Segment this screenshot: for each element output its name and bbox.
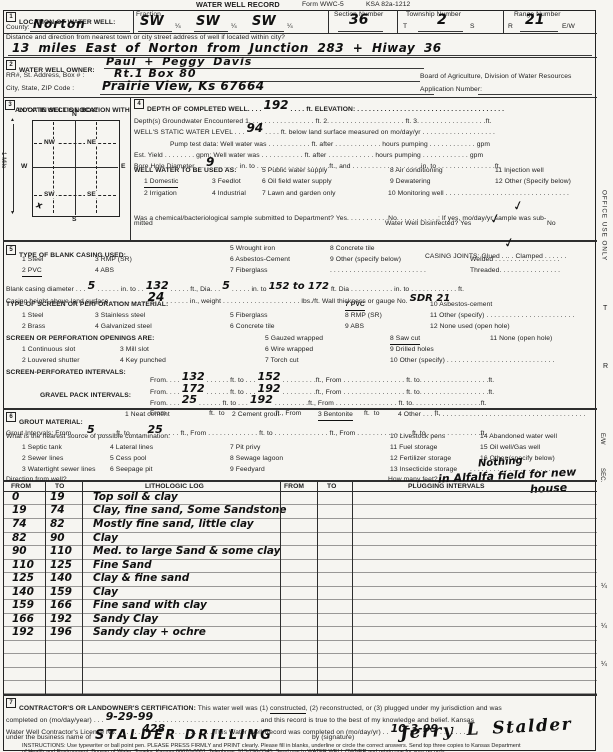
option-torch-cut: 7 Torch cut bbox=[265, 358, 299, 365]
option-drilled-holes: 9 Drilled holes bbox=[390, 347, 434, 354]
table-row: 125140Clay & fine sand bbox=[3, 572, 597, 587]
option-bentonite-selected: 3 Bentonite bbox=[318, 412, 353, 421]
quadrant-ne-label: NE bbox=[85, 139, 98, 146]
owner-name-value: Paul + Peggy Davis bbox=[106, 56, 252, 67]
section3-number: 3 bbox=[5, 100, 15, 110]
option-cess-pool: 5 Cess pool bbox=[110, 456, 146, 463]
option-steel-casing: 1 Steel bbox=[22, 257, 44, 264]
screen-perforated-intervals-label: SCREEN-PERFORATED INTERVALS: bbox=[6, 370, 126, 377]
option-galvanized-screen: 4 Galvanized steel bbox=[95, 324, 152, 331]
disinfected-no-label: No bbox=[547, 221, 556, 228]
section2-number: 2 bbox=[6, 60, 16, 70]
use-title: WELL WATER TO BE USED AS: bbox=[134, 168, 237, 175]
screen-material-title: TYPE OF SCREEN OR PERFORATION MATERIAL: bbox=[6, 302, 168, 309]
fraction-underline bbox=[138, 31, 172, 32]
township-value: 2 bbox=[437, 13, 447, 27]
mile-arrow-line bbox=[13, 124, 14, 212]
range-value: 21 bbox=[525, 13, 544, 27]
grid-midline-horizontal bbox=[32, 167, 118, 168]
compass-e-label: E bbox=[121, 164, 126, 171]
gravel-pack-intervals-label: GRAVEL PACK INTERVALS: bbox=[40, 393, 131, 400]
table-row: 110125Fine Sand bbox=[3, 559, 597, 573]
option-concrete-tile: 8 Concrete tile bbox=[330, 246, 375, 253]
depth-value: 192 bbox=[263, 98, 288, 112]
strip-sec-label: SEC. bbox=[599, 468, 605, 482]
section3-title2: AN "X" IN SECTION BOX: bbox=[15, 108, 98, 115]
gravel-interval-row2: From ft. to ft., From ft. to ft. bbox=[150, 403, 440, 419]
quarter-symbol: ¼ bbox=[287, 24, 293, 31]
office-use-only-label: OFFICE USE ONLY bbox=[600, 190, 606, 261]
one-mile-label: 1 Mile bbox=[0, 152, 6, 169]
strip-r-label: R bbox=[603, 363, 608, 370]
application-number-underline bbox=[478, 94, 592, 95]
option-fiberglass-casing: 7 Fiberglass bbox=[230, 268, 268, 275]
section5-number: 5 bbox=[6, 245, 16, 255]
option-saw-cut-selected: 8 Saw cut bbox=[390, 336, 420, 345]
option-pvc-screen-selected: 7 PVC bbox=[345, 302, 365, 311]
option-industrial: 4 Industrial bbox=[212, 191, 246, 198]
owner-city-value: Prairie View, Ks 67664 bbox=[102, 80, 265, 92]
table-vline bbox=[280, 480, 281, 694]
range-r-label: R bbox=[508, 24, 513, 31]
option-other-grout: 4 Other . . . . . . . . . . . . . . . . … bbox=[398, 412, 585, 419]
fraction-underline bbox=[194, 31, 228, 32]
casing-other-dots: . . . . . . . . . . . . . . . . . . . . … bbox=[330, 268, 426, 275]
option-public-water: 5 Public water supply bbox=[262, 168, 327, 175]
option-lawn-garden: 7 Lawn and garden only bbox=[262, 191, 336, 198]
option-fertilizer-storage: 12 Fertilizer storage bbox=[390, 456, 451, 463]
table-row: 192196Sandy clay + ochre bbox=[3, 626, 597, 641]
quadrant-nw-label: NW bbox=[42, 139, 57, 146]
option-key-punched: 4 Key punched bbox=[120, 358, 166, 365]
option-other-casing: 9 Other (specify below) bbox=[330, 257, 401, 264]
owner-address-value: Rt.1 Box 80 bbox=[114, 68, 197, 79]
divider bbox=[3, 694, 597, 696]
county-label: County: bbox=[6, 25, 30, 32]
section-grid-box bbox=[32, 120, 120, 217]
table-header-to2: TO bbox=[327, 484, 336, 491]
application-number-label: Application Number: bbox=[420, 87, 482, 94]
section-underline bbox=[338, 31, 383, 32]
owner-city-underline bbox=[100, 94, 434, 95]
table-vline bbox=[45, 480, 46, 694]
owner-address-label: RR#, St. Address, Box # : bbox=[6, 73, 84, 80]
table-header-from2: FROM bbox=[284, 484, 304, 491]
option-watertight-sewer: 3 Watertight sewer lines bbox=[22, 467, 96, 474]
divider bbox=[133, 10, 134, 33]
sample-submitted-line2: mitted bbox=[134, 221, 153, 228]
table-row: 7482Mostly fine sand, little clay bbox=[3, 518, 597, 533]
township-label: Township Number bbox=[406, 12, 461, 19]
table-header-from1: FROM bbox=[11, 484, 31, 491]
option-mill-slot: 3 Mill slot bbox=[120, 347, 149, 354]
table-row: 019Top soil & clay bbox=[3, 491, 597, 505]
form-statute: KSA 82a-1212 bbox=[366, 2, 410, 9]
option-sewer-lines: 2 Sewer lines bbox=[22, 456, 63, 463]
business-name-value: STALDER DRILLING bbox=[95, 729, 273, 742]
option-brass-screen: 2 Brass bbox=[22, 324, 45, 331]
welded-label: Welded . . . . . . . . . . . . . . . . . bbox=[470, 257, 560, 264]
option-asbestos-screen: 10 Asbestos-cement bbox=[430, 302, 492, 309]
option-other-use: 12 Other (Specify below) bbox=[495, 179, 571, 186]
section-number-value: 36 bbox=[349, 13, 368, 27]
township-t-label: T bbox=[403, 24, 407, 31]
disinfected-label: Water Well Disinfected? Yes bbox=[385, 221, 471, 228]
option-none-open-hole: 11 None (open hole) bbox=[490, 336, 552, 343]
table-row: 90110Med. to large Sand & some clay bbox=[3, 545, 597, 560]
option-sewage-lagoon: 8 Sewage lagoon bbox=[230, 456, 283, 463]
strip-quarter-label: ¼ bbox=[601, 583, 607, 590]
form-number: Form WWC-5 bbox=[302, 2, 344, 9]
divider bbox=[3, 97, 597, 98]
option-fuel-storage: 11 Fuel storage bbox=[390, 445, 437, 452]
option-asbestos-cement: 6 Asbestos-Cement bbox=[230, 257, 290, 264]
table-row-empty bbox=[3, 653, 597, 668]
table-vline bbox=[82, 480, 83, 694]
distance-value: 13 miles East of Norton from Junction 28… bbox=[12, 42, 442, 54]
table-row: 140159Clay bbox=[3, 586, 597, 600]
table-row-empty bbox=[3, 640, 597, 654]
table-header-lithologic-log: LITHOLOGIC LOG bbox=[145, 484, 204, 491]
mile-arrow-down-icon: ▼ bbox=[10, 210, 15, 216]
option-oil-field-water: 6 Oil field water supply bbox=[262, 179, 332, 186]
contamination-question: What is the nearest source of possible c… bbox=[6, 434, 170, 441]
option-gauzed-wrapped: 5 Gauzed wrapped bbox=[265, 336, 323, 343]
table-vline bbox=[317, 480, 318, 694]
quadrant-se-label: SE bbox=[85, 191, 98, 198]
table-row-empty bbox=[3, 667, 597, 681]
water-well-record-form: WATER WELL RECORD Form WWC-5 KSA 82a-121… bbox=[0, 0, 613, 752]
fraction-underline bbox=[250, 31, 284, 32]
fraction-3-value: SW bbox=[252, 15, 276, 28]
option-other-screen: 11 Other (specify) . . . . . . . . . . .… bbox=[430, 313, 575, 320]
strip-quarter-label: ¼ bbox=[601, 623, 607, 630]
option-seepage-pit: 6 Seepage pit bbox=[110, 467, 153, 474]
option-domestic-selected: 1 Domestic bbox=[144, 179, 178, 188]
static-water-level-value: 94 bbox=[247, 121, 264, 135]
grid-dashed-line bbox=[53, 122, 54, 213]
divider bbox=[130, 97, 131, 240]
township-underline bbox=[418, 31, 463, 32]
table-row: 166192Sandy Clay bbox=[3, 613, 597, 627]
business-name-label: under the business name of bbox=[6, 735, 91, 742]
fraction-1-value: SW bbox=[140, 15, 164, 28]
option-feedlot: 3 Feedlot bbox=[212, 179, 241, 186]
compass-w-label: W bbox=[21, 164, 27, 171]
threaded-label: Threaded. . . . . . . . . . . . . . . . bbox=[470, 268, 560, 275]
county-value: Norton bbox=[33, 18, 86, 30]
range-underline bbox=[520, 31, 558, 32]
strip-ew-label: E/W bbox=[599, 433, 605, 445]
option-rmp-casing: 3 RMP (SR) bbox=[95, 257, 132, 264]
township-s-label: S bbox=[470, 24, 475, 31]
option-concrete-screen: 6 Concrete tile bbox=[230, 324, 275, 331]
section7-number: 7 bbox=[6, 698, 16, 708]
board-of-agriculture-label: Board of Agriculture, Division of Water … bbox=[420, 74, 571, 81]
option-oil-gas-well: 15 Oil well/Gas well bbox=[480, 445, 540, 452]
divider bbox=[3, 57, 597, 58]
range-ew-label: E/W bbox=[562, 24, 575, 31]
option-steel-screen: 1 Steel bbox=[22, 313, 44, 320]
table-row-empty bbox=[3, 680, 597, 694]
divider bbox=[503, 10, 504, 33]
quadrant-sw-label: SW bbox=[42, 191, 56, 198]
distance-underline bbox=[8, 55, 592, 56]
table-vline bbox=[352, 480, 353, 694]
owner-city-label: City, State, ZIP Code : bbox=[6, 86, 74, 93]
option-irrigation: 2 Irrigation bbox=[144, 191, 177, 198]
option-pvc-casing-selected: 2 PVC bbox=[22, 268, 42, 277]
option-other-opening: 10 Other (specify) . . . . . . . . . . .… bbox=[390, 358, 555, 365]
option-wrought-iron: 5 Wrought iron bbox=[230, 246, 275, 253]
signature-label: by (signature) bbox=[312, 735, 354, 742]
table-row: 8290Clay bbox=[3, 532, 597, 546]
quarter-symbol: ¼ bbox=[175, 24, 181, 31]
option-abandoned-well: 14 Abandoned water well bbox=[480, 434, 557, 441]
strip-t-label: T bbox=[603, 305, 607, 312]
section6-number: 6 bbox=[6, 412, 16, 422]
option-abs-screen: 9 ABS bbox=[345, 324, 364, 331]
option-feedyard: 9 Feedyard bbox=[230, 467, 265, 474]
option-injection-well: 11 Injection well bbox=[495, 168, 544, 175]
option-louvered-shutter: 2 Louvered shutter bbox=[22, 358, 80, 365]
option-neat-cement: 1 Neat cement bbox=[125, 412, 170, 419]
mile-arrow-up-icon: ▲ bbox=[10, 117, 15, 123]
strip-quarter-label: ¼ bbox=[601, 661, 607, 668]
table-row: 1974Clay, fine sand, Some Sandstone bbox=[3, 504, 597, 519]
section4-number: 4 bbox=[134, 99, 144, 109]
option-abs-casing: 4 ABS bbox=[95, 268, 114, 275]
option-stainless-screen: 3 Stainless steel bbox=[95, 313, 145, 320]
option-wire-wrapped: 6 Wire wrapped bbox=[265, 347, 313, 354]
sample-submitted-line: Was a chemical/bacteriological sample su… bbox=[134, 208, 546, 224]
option-rmp-screen: 8 RMP (SR) bbox=[345, 313, 382, 320]
section1-number: 1 bbox=[6, 12, 16, 22]
option-livestock-pens: 10 Livestock pens bbox=[390, 434, 445, 441]
fraction-2-value: SW bbox=[196, 15, 220, 28]
option-dewatering: 9 Dewatering bbox=[390, 179, 431, 186]
option-air-conditioning: 8 Air conditioning bbox=[390, 168, 443, 175]
option-cement-grout: 2 Cement grout bbox=[232, 412, 280, 419]
compass-n-label: N bbox=[72, 112, 77, 119]
table-header-plugging-intervals: PLUGGING INTERVALS bbox=[408, 484, 485, 491]
option-fiberglass-screen: 5 Fiberglass bbox=[230, 313, 268, 320]
option-pit-privy: 7 Pit privy bbox=[230, 445, 260, 452]
option-none-screen: 12 None used (open hole) bbox=[430, 324, 510, 331]
table-header-to1: TO bbox=[55, 484, 64, 491]
divider bbox=[328, 10, 329, 33]
quarter-symbol: ¼ bbox=[231, 24, 237, 31]
option-continuous-slot: 1 Continuous slot bbox=[22, 347, 75, 354]
grid-dashed-line bbox=[96, 122, 97, 213]
divider bbox=[397, 10, 398, 33]
option-monitoring-well: 10 Monitoring well . . . . . . . . . . .… bbox=[388, 191, 569, 198]
county-underline bbox=[30, 31, 130, 32]
table-row: 159166Fine sand with clay bbox=[3, 599, 597, 614]
openings-title: SCREEN OR PERFORATION OPENINGS ARE: bbox=[6, 336, 154, 343]
form-title: WATER WELL RECORD bbox=[196, 1, 280, 8]
option-septic-tank: 1 Septic tank bbox=[22, 445, 62, 452]
option-lateral-lines: 4 Lateral lines bbox=[110, 445, 153, 452]
compass-s-label: S bbox=[72, 217, 77, 224]
